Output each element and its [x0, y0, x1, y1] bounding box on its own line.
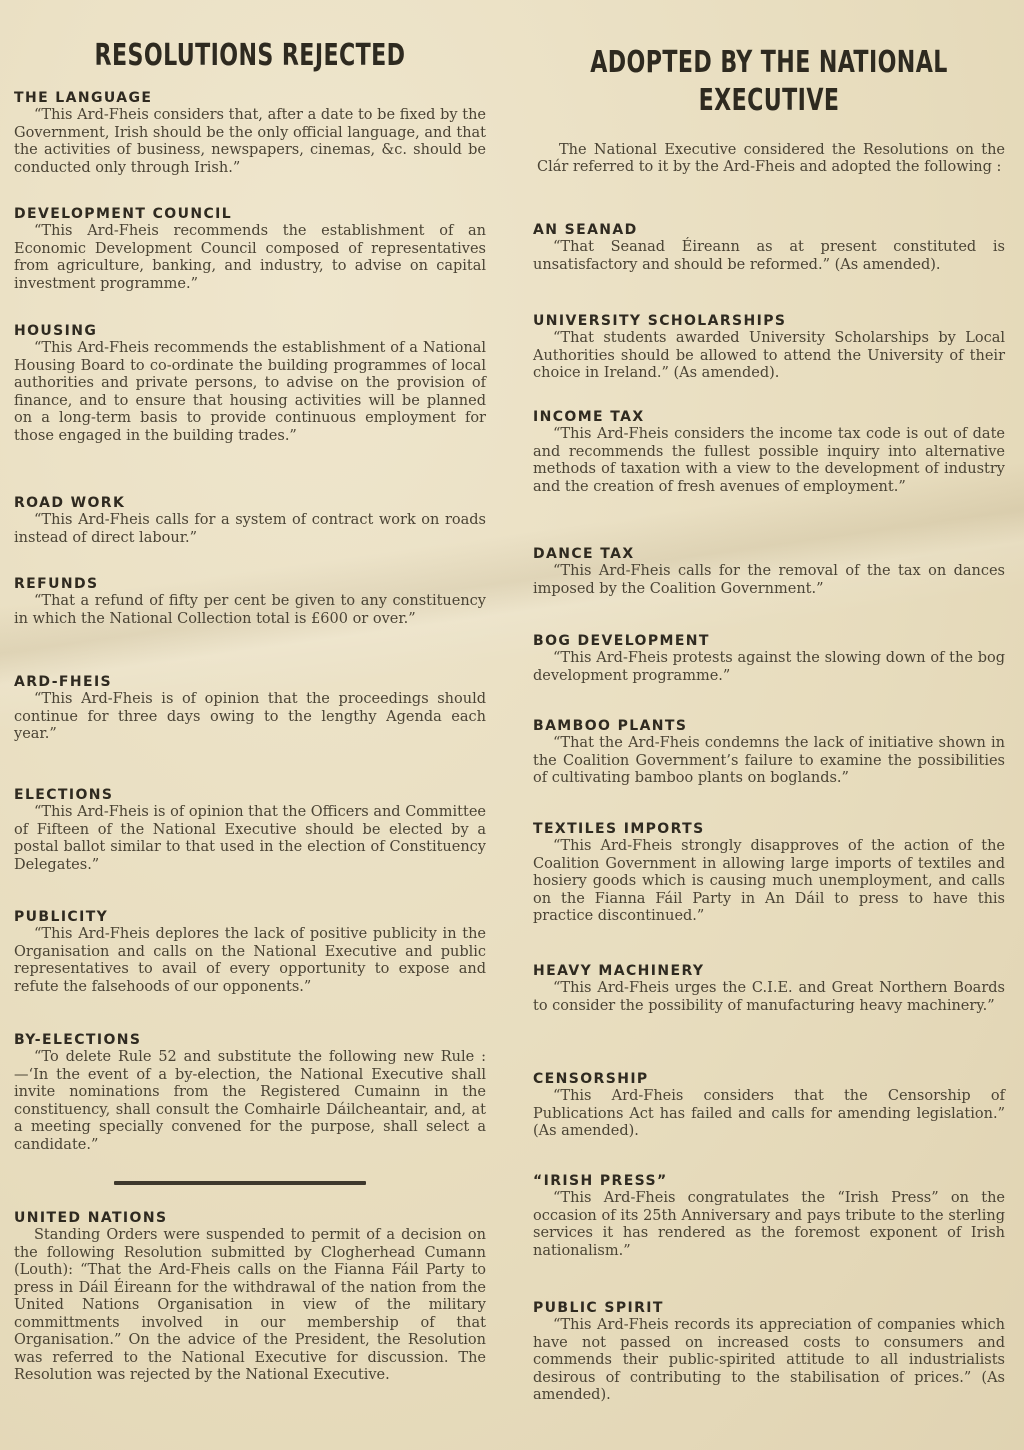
section-text: “This Ard-Fheis calls for the removal of… — [533, 563, 1005, 598]
section-housing: HOUSING “This Ard-Fheis recommends the e… — [14, 323, 486, 445]
adopted-column: ADOPTED BY THE NATIONAL EXECUTIVE The Na… — [533, 0, 1005, 176]
section-text: “This Ard-Fheis deplores the lack of pos… — [14, 926, 486, 996]
section-university-scholarships: UNIVERSITY SCHOLARSHIPS “That students a… — [533, 313, 1005, 383]
section-text: “That Seanad Éireann as at present const… — [533, 239, 1005, 274]
rejected-column: RESOLUTIONS REJECTED THE LANGUAGE “This … — [14, 0, 486, 74]
section-heading: THE LANGUAGE — [14, 90, 486, 106]
section-heading: DANCE TAX — [533, 546, 1005, 562]
section-text: “This Ard-Fheis urges the C.I.E. and Gre… — [533, 980, 1005, 1015]
section-text: “To delete Rule 52 and substitute the fo… — [14, 1049, 486, 1154]
section-heading: INCOME TAX — [533, 409, 1005, 425]
section-text: “This Ard-Fheis recommends the establish… — [14, 223, 486, 293]
section-the-language: THE LANGUAGE “This Ard-Fheis considers t… — [14, 90, 486, 177]
section-heading: AN SEANAD — [533, 222, 1005, 238]
section-text: “This Ard-Fheis considers that the Censo… — [533, 1088, 1005, 1141]
section-bog-development: BOG DEVELOPMENT “This Ard-Fheis protests… — [533, 633, 1005, 685]
section-text: “That a refund of fifty per cent be give… — [14, 593, 486, 628]
section-refunds: REFUNDS “That a refund of fifty per cent… — [14, 576, 486, 628]
section-heading: REFUNDS — [14, 576, 486, 592]
section-text: “This Ard-Fheis considers that, after a … — [14, 107, 486, 177]
section-text: “That the Ard-Fheis condemns the lack of… — [533, 735, 1005, 788]
section-irish-press: “IRISH PRESS” “This Ard-Fheis congratula… — [533, 1173, 1005, 1260]
section-publicity: PUBLICITY “This Ard-Fheis deplores the l… — [14, 909, 486, 996]
section-heavy-machinery: HEAVY MACHINERY “This Ard-Fheis urges th… — [533, 963, 1005, 1015]
section-text: “This Ard-Fheis strongly disapproves of … — [533, 838, 1005, 926]
section-text: “This Ard-Fheis recommends the establish… — [14, 340, 486, 445]
section-text: “That students awarded University Schola… — [533, 330, 1005, 383]
section-heading: BAMBOO PLANTS — [533, 718, 1005, 734]
section-heading: UNITED NATIONS — [14, 1210, 486, 1226]
section-text: Standing Orders were suspended to permit… — [14, 1227, 486, 1385]
section-text: “This Ard-Fheis protests against the slo… — [533, 650, 1005, 685]
section-heading: PUBLICITY — [14, 909, 486, 925]
section-income-tax: INCOME TAX “This Ard-Fheis considers the… — [533, 409, 1005, 496]
section-development-council: DEVELOPMENT COUNCIL “This Ard-Fheis reco… — [14, 206, 486, 293]
section-heading: TEXTILES IMPORTS — [533, 821, 1005, 837]
section-public-spirit: PUBLIC SPIRIT “This Ard-Fheis records it… — [533, 1300, 1005, 1405]
adopted-title: ADOPTED BY THE NATIONAL EXECUTIVE — [575, 44, 962, 120]
section-heading: ELECTIONS — [14, 787, 486, 803]
section-text: “This Ard-Fheis calls for a system of co… — [14, 512, 486, 547]
section-censorship: CENSORSHIP “This Ard-Fheis considers tha… — [533, 1071, 1005, 1141]
section-an-seanad: AN SEANAD “That Seanad Éireann as at pre… — [533, 222, 1005, 274]
section-ard-fheis: ARD-FHEIS “This Ard-Fheis is of opinion … — [14, 674, 486, 744]
section-heading: DEVELOPMENT COUNCIL — [14, 206, 486, 222]
section-text: “This Ard-Fheis considers the income tax… — [533, 426, 1005, 496]
section-bamboo-plants: BAMBOO PLANTS “That the Ard-Fheis condem… — [533, 718, 1005, 788]
section-text: “This Ard-Fheis congratulates the “Irish… — [533, 1190, 1005, 1260]
rejected-title: RESOLUTIONS REJECTED — [56, 38, 443, 74]
section-heading: ARD-FHEIS — [14, 674, 486, 690]
section-text: “This Ard-Fheis records its appreciation… — [533, 1317, 1005, 1405]
section-road-work: ROAD WORK “This Ard-Fheis calls for a sy… — [14, 495, 486, 547]
section-textiles-imports: TEXTILES IMPORTS “This Ard-Fheis strongl… — [533, 821, 1005, 926]
section-elections: ELECTIONS “This Ard-Fheis is of opinion … — [14, 787, 486, 874]
section-heading: CENSORSHIP — [533, 1071, 1005, 1087]
section-text: “This Ard-Fheis is of opinion that the p… — [14, 691, 486, 744]
section-united-nations: UNITED NATIONS Standing Orders were susp… — [14, 1210, 486, 1385]
section-heading: BY-ELECTIONS — [14, 1032, 486, 1048]
section-heading: PUBLIC SPIRIT — [533, 1300, 1005, 1316]
adopted-intro: The National Executive considered the Re… — [537, 142, 1005, 176]
section-heading: HOUSING — [14, 323, 486, 339]
section-by-elections: BY-ELECTIONS “To delete Rule 52 and subs… — [14, 1032, 486, 1154]
section-text: “This Ard-Fheis is of opinion that the O… — [14, 804, 486, 874]
section-dance-tax: DANCE TAX “This Ard-Fheis calls for the … — [533, 546, 1005, 598]
section-heading: BOG DEVELOPMENT — [533, 633, 1005, 649]
section-heading: HEAVY MACHINERY — [533, 963, 1005, 979]
section-heading: UNIVERSITY SCHOLARSHIPS — [533, 313, 1005, 329]
section-heading: “IRISH PRESS” — [533, 1173, 1005, 1189]
section-divider-rule — [114, 1181, 366, 1185]
section-heading: ROAD WORK — [14, 495, 486, 511]
